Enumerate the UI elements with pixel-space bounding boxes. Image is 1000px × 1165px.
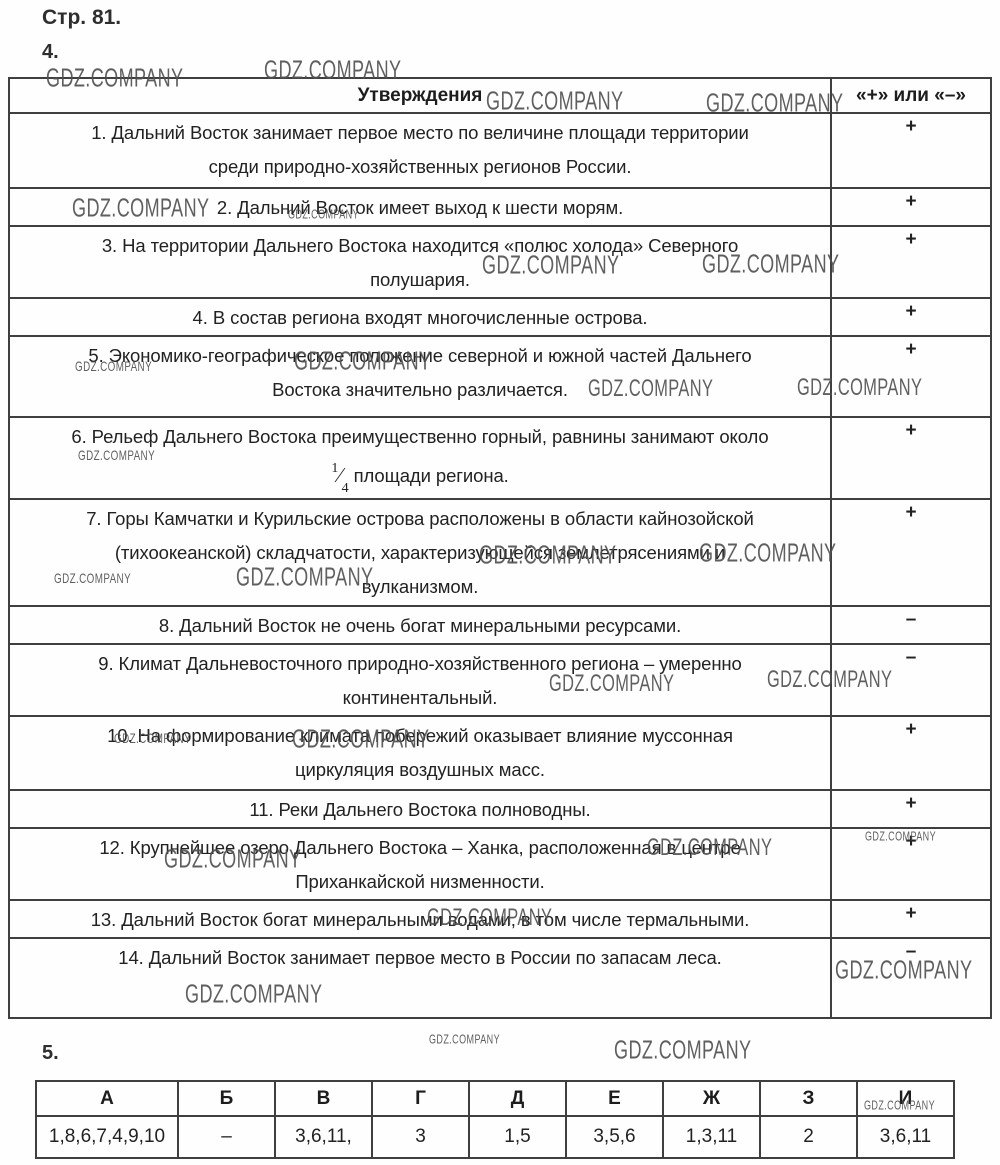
statement-text: 11. Реки Дальнего Востока полноводны. — [9, 790, 831, 828]
statement-line: 10. На формирование климата побережий ок… — [18, 719, 822, 753]
statement-text: 5. Экономико-географическое положение се… — [9, 336, 831, 417]
statement-text: 9. Климат Дальневосточного природно-хозя… — [9, 644, 831, 716]
answer-key-value-cell: 1,8,6,7,4,9,10 — [36, 1116, 178, 1158]
plus-minus-answer: + — [831, 298, 991, 336]
statements-table: Утверждения «+» или «–» 1. Дальний Восто… — [8, 77, 992, 1019]
statement-line: континентальный. — [18, 681, 822, 715]
statement-row: 4. В состав региона входят многочисленны… — [9, 298, 991, 336]
answer-key-value-cell: 2 — [760, 1116, 857, 1158]
statements-column-header: Утверждения — [9, 78, 831, 113]
statement-text: 1. Дальний Восток занимает первое место … — [9, 113, 831, 188]
statement-row: 11. Реки Дальнего Востока полноводны.+ — [9, 790, 991, 828]
statement-row: 12. Крупнейшее озеро Дальнего Востока – … — [9, 828, 991, 900]
plus-minus-answer: + — [831, 790, 991, 828]
statement-line: 13. Дальний Восток богат минеральными во… — [18, 903, 822, 937]
statement-line: вулканизмом. — [18, 570, 822, 604]
statement-row: 8. Дальний Восток не очень богат минерал… — [9, 606, 991, 644]
statement-line: 4. В состав региона входят многочисленны… — [18, 301, 822, 335]
statement-line: 14. Дальний Восток занимает первое место… — [18, 941, 822, 975]
statement-row: 7. Горы Камчатки и Курильские острова ра… — [9, 499, 991, 606]
plus-minus-answer: + — [831, 716, 991, 790]
plus-minus-answer: – — [831, 644, 991, 716]
statement-text: 8. Дальний Восток не очень богат минерал… — [9, 606, 831, 644]
answer-key-value-cell: 1,5 — [469, 1116, 566, 1158]
statement-line: 1⁄4 площади региона. — [18, 454, 822, 488]
fraction-one-quarter: 1⁄4 — [331, 463, 348, 487]
statement-line: (тихоокеанской) складчатости, характериз… — [18, 536, 822, 570]
plus-minus-answer: + — [831, 499, 991, 606]
task-4-label: 4. — [42, 41, 59, 64]
statement-text: 14. Дальний Восток занимает первое место… — [9, 938, 831, 1018]
answer-key-value-cell: – — [178, 1116, 275, 1158]
plus-minus-answer: + — [831, 188, 991, 226]
statements-table-header-row: Утверждения «+» или «–» — [9, 78, 991, 113]
plus-minus-answer: + — [831, 900, 991, 938]
gdz-company-watermark: GDZ.COMPANY — [429, 1033, 500, 1047]
plus-minus-answer: – — [831, 938, 991, 1018]
statement-line: циркуляция воздушных масс. — [18, 753, 822, 787]
answer-key-header-cell: А — [36, 1081, 178, 1116]
statement-line: 2. Дальний Восток имеет выход к шести мо… — [18, 191, 822, 225]
statement-line: среди природно-хозяйственных регионов Ро… — [18, 150, 822, 184]
statement-line: Востока значительно различается. — [18, 373, 822, 407]
answer-key-value-cell: 1,3,11 — [663, 1116, 760, 1158]
answer-key-value-cell: 3,6,11, — [275, 1116, 372, 1158]
plus-minus-answer: + — [831, 336, 991, 417]
statement-row: 13. Дальний Восток богат минеральными во… — [9, 900, 991, 938]
statement-line: 6. Рельеф Дальнего Востока преимуществен… — [18, 420, 822, 454]
answer-key-value-row: 1,8,6,7,4,9,10–3,6,11,31,53,5,61,3,1123,… — [36, 1116, 954, 1158]
statement-line: 7. Горы Камчатки и Курильские острова ра… — [18, 502, 822, 536]
answer-key-header-cell: Е — [566, 1081, 663, 1116]
statement-row: 6. Рельеф Дальнего Востока преимуществен… — [9, 417, 991, 499]
statement-row: 5. Экономико-географическое положение се… — [9, 336, 991, 417]
plus-minus-answer: – — [831, 606, 991, 644]
statement-line: 8. Дальний Восток не очень богат минерал… — [18, 609, 822, 643]
task-5-label: 5. — [42, 1042, 59, 1065]
statement-line: 3. На территории Дальнего Востока находи… — [18, 229, 822, 263]
plus-minus-answer: + — [831, 113, 991, 188]
statement-line: 5. Экономико-географическое положение се… — [18, 339, 822, 373]
statement-row: 1. Дальний Восток занимает первое место … — [9, 113, 991, 188]
statement-row: 2. Дальний Восток имеет выход к шести мо… — [9, 188, 991, 226]
statement-text: 2. Дальний Восток имеет выход к шести мо… — [9, 188, 831, 226]
answer-key-header-cell: З — [760, 1081, 857, 1116]
answer-key-table: АБВГДЕЖЗИ 1,8,6,7,4,9,10–3,6,11,31,53,5,… — [35, 1080, 955, 1159]
answer-key-header-cell: Б — [178, 1081, 275, 1116]
plus-minus-answer: + — [831, 226, 991, 298]
answer-key-header-cell: В — [275, 1081, 372, 1116]
statement-text: 12. Крупнейшее озеро Дальнего Востока – … — [9, 828, 831, 900]
statement-text: 10. На формирование климата побережий ок… — [9, 716, 831, 790]
statement-text: 6. Рельеф Дальнего Востока преимуществен… — [9, 417, 831, 499]
statement-row: 10. На формирование климата побережий ок… — [9, 716, 991, 790]
answer-column-header: «+» или «–» — [831, 78, 991, 113]
gdz-company-watermark: GDZ.COMPANY — [614, 1035, 751, 1066]
statement-line: Приханкайской низменности. — [18, 865, 822, 899]
statement-text: 3. На территории Дальнего Востока находи… — [9, 226, 831, 298]
answer-key-header-row: АБВГДЕЖЗИ — [36, 1081, 954, 1116]
statement-row: 9. Климат Дальневосточного природно-хозя… — [9, 644, 991, 716]
statement-text: 13. Дальний Восток богат минеральными во… — [9, 900, 831, 938]
answer-key-value-cell: 3,6,11 — [857, 1116, 954, 1158]
answer-key-header-cell: И — [857, 1081, 954, 1116]
statement-text: 4. В состав региона входят многочисленны… — [9, 298, 831, 336]
answer-key-value-cell: 3,5,6 — [566, 1116, 663, 1158]
page-title: Стр. 81. — [42, 6, 121, 30]
answer-key-header-cell: Д — [469, 1081, 566, 1116]
answer-key-header-cell: Г — [372, 1081, 469, 1116]
statement-line: 12. Крупнейшее озеро Дальнего Востока – … — [18, 831, 822, 865]
statement-row: 14. Дальний Восток занимает первое место… — [9, 938, 991, 1018]
statement-line: 11. Реки Дальнего Востока полноводны. — [18, 793, 822, 827]
answer-key-header-cell: Ж — [663, 1081, 760, 1116]
statement-line: 1. Дальний Восток занимает первое место … — [18, 116, 822, 150]
statement-text: 7. Горы Камчатки и Курильские острова ра… — [9, 499, 831, 606]
statement-row: 3. На территории Дальнего Востока находи… — [9, 226, 991, 298]
plus-minus-answer: + — [831, 828, 991, 900]
answer-key-value-cell: 3 — [372, 1116, 469, 1158]
statement-line: 9. Климат Дальневосточного природно-хозя… — [18, 647, 822, 681]
plus-minus-answer: + — [831, 417, 991, 499]
statement-line: полушария. — [18, 263, 822, 297]
